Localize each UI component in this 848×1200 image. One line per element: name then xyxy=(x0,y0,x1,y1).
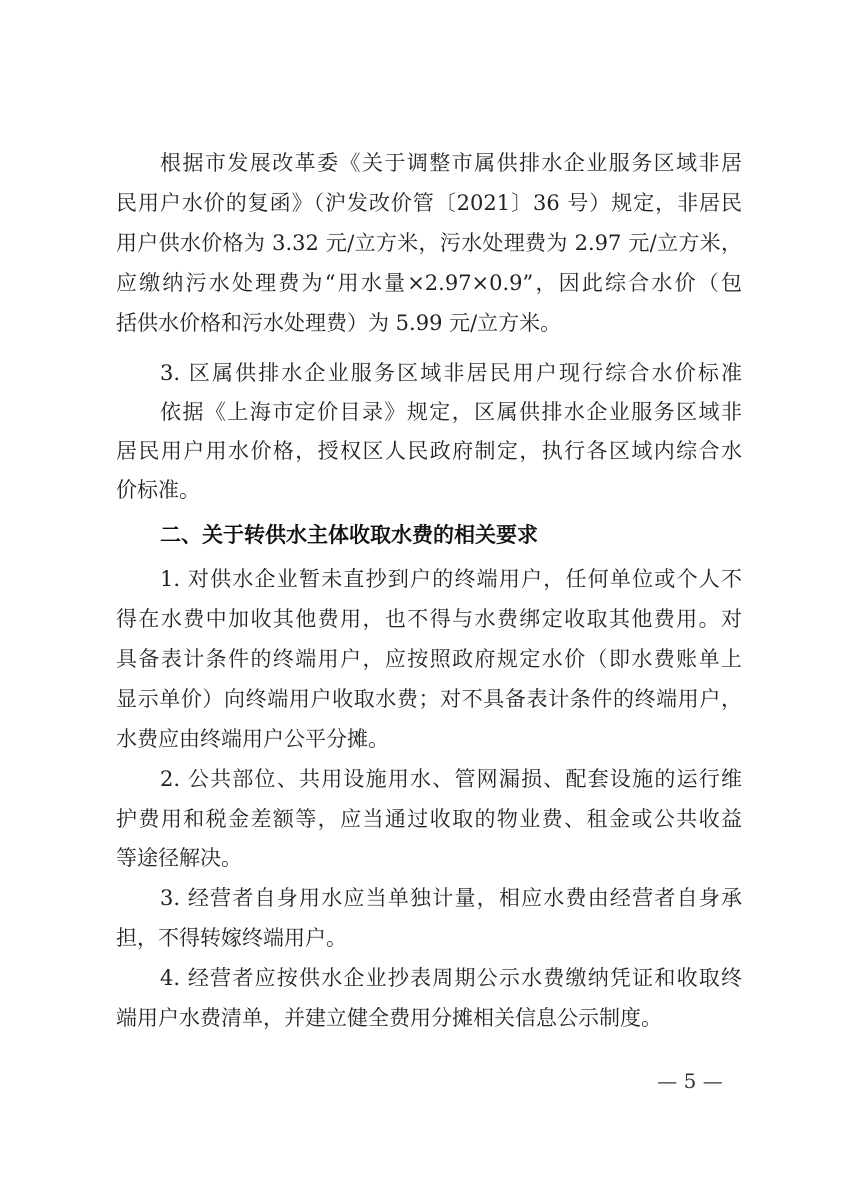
paragraph-line: 等途径解决。 xyxy=(116,838,742,878)
paragraph-line: 显示单价）向终端用户收取水费；对不具备表计条件的终端用户， xyxy=(116,679,742,719)
paragraph-line: 用户供水价格为 3.32 元/立方米，污水处理费为 2.97 元/立方米， xyxy=(116,223,742,263)
paragraph-line: 得在水费中加收其他费用，也不得与水费绑定收取其他费用。对 xyxy=(116,599,742,639)
section-heading: 二、关于转供水主体收取水费的相关要求 xyxy=(160,515,742,555)
paragraph-line: 具备表计条件的终端用户，应按照政府规定水价（即水费账单上 xyxy=(116,639,742,679)
paragraph-line: 2. 公共部位、共用设施用水、管网漏损、配套设施的运行维 xyxy=(160,759,742,799)
paragraph-line: 应缴纳污水处理费为“用水量×2.97×0.9”，因此综合水价（包 xyxy=(116,263,742,303)
document-page: 根据市发展改革委《关于调整市属供排水企业服务区域非居 民用户水价的复函》（沪发改… xyxy=(0,0,848,1200)
paragraph-line: 括供水价格和污水处理费）为 5.99 元/立方米。 xyxy=(116,303,742,343)
item-title: 3. 区属供排水企业服务区域非居民用户现行综合水价标准 xyxy=(160,353,742,393)
paragraph-line: 担，不得转嫁终端用户。 xyxy=(116,918,742,958)
paragraph-line: 4. 经营者应按供水企业抄表周期公示水费缴纳凭证和收取终 xyxy=(160,958,742,998)
paragraph-line: 端用户水费清单，并建立健全费用分摊相关信息公示制度。 xyxy=(116,998,742,1038)
page-number: — 5 — xyxy=(640,1066,740,1096)
paragraph-line: 价标准。 xyxy=(116,470,742,510)
paragraph-line: 1. 对供水企业暂未直抄到户的终端用户，任何单位或个人不 xyxy=(160,559,742,599)
paragraph-line: 3. 经营者自身用水应当单独计量，相应水费由经营者自身承 xyxy=(160,878,742,918)
paragraph-line: 护费用和税金差额等，应当通过收取的物业费、租金或公共收益 xyxy=(116,799,742,839)
paragraph-line: 依据《上海市定价目录》规定，区属供排水企业服务区域非 xyxy=(160,392,742,432)
paragraph-line: 民用户水价的复函》（沪发改价管〔2021〕36 号）规定，非居民 xyxy=(116,183,742,223)
paragraph-line: 根据市发展改革委《关于调整市属供排水企业服务区域非居 xyxy=(160,143,742,183)
paragraph-line: 居民用户用水价格，授权区人民政府制定，执行各区域内综合水 xyxy=(116,431,742,471)
paragraph-line: 水费应由终端用户公平分摊。 xyxy=(116,719,742,759)
